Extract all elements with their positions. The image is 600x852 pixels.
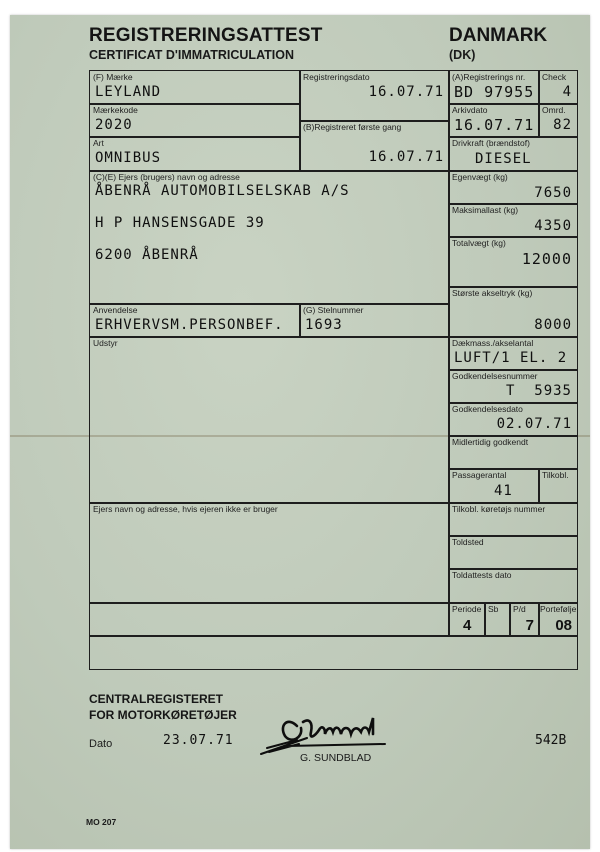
field-godkendelsesdato: Godkendelsesdato 02.07.71 <box>448 402 578 437</box>
form-number: MO 207 <box>86 817 116 827</box>
field-label: (B)Registreret første gang <box>303 122 401 132</box>
field-value: ERHVERVSM.PERSONBEF. <box>95 317 284 333</box>
field-tilkobl-koretojs-nummer: Tilkobl. køretøjs nummer <box>448 502 578 537</box>
field-daekmass: Dækmass./akselantal LUFT/1 EL. 2 <box>448 336 578 371</box>
field-value: BD 97955 <box>454 83 534 101</box>
field-value: 7650 <box>534 185 572 201</box>
owner-city: 6200 ÅBENRÅ <box>95 247 199 263</box>
field-value: 08 <box>555 617 572 634</box>
field-label: (F) Mærke <box>93 72 133 82</box>
field-value: 12000 <box>522 250 572 268</box>
field-label: Ejers navn og adresse, hvis ejeren ikke … <box>93 504 278 514</box>
field-portefolje: Portefølje 08 <box>538 602 578 637</box>
field-value: 4350 <box>534 218 572 234</box>
owner-name: ÅBENRÅ AUTOMOBILSELSKAB A/S <box>95 183 350 199</box>
field-check: Check 4 <box>538 70 578 105</box>
field-anvendelse: Anvendelse ERHVERVSM.PERSONBEF. <box>89 303 301 338</box>
field-periode: Periode 4 <box>448 602 486 637</box>
field-sb: Sb <box>484 602 511 637</box>
field-udstyr: Udstyr <box>89 336 450 504</box>
field-label: Sb <box>488 604 498 614</box>
authority-line-1: CENTRALREGISTERET <box>89 691 237 707</box>
field-value: 02.07.71 <box>497 416 572 432</box>
field-label: Tilkobl. køretøjs nummer <box>452 504 545 514</box>
field-midlertidig: Midlertidig godkendt <box>448 435 578 470</box>
field-omrd: Omrd. 82 <box>538 103 578 138</box>
field-label: P/d <box>513 604 526 614</box>
field-label: Udstyr <box>93 338 118 348</box>
field-egenvaegt: Egenvægt (kg) 7650 <box>448 170 578 205</box>
field-totalvaegt: Totalvægt (kg) 12000 <box>448 236 578 288</box>
blank-row <box>89 602 450 637</box>
issue-date-label: Dato <box>89 738 112 750</box>
field-pd: P/d 7 <box>509 602 540 637</box>
document-title: REGISTRERINGSATTEST <box>89 25 323 47</box>
field-ejers-navn-ikke-bruger: Ejers navn og adresse, hvis ejeren ikke … <box>89 502 450 604</box>
field-label: (A)Registrerings nr. <box>452 72 525 82</box>
field-art: Art OMNIBUS <box>89 136 301 172</box>
document-subtitle: CERTIFICAT D'IMMATRICULATION <box>89 48 294 62</box>
field-label: (G) Stelnummer <box>303 305 363 315</box>
authority-line-2: FOR MOTORKØRETØJER <box>89 707 237 723</box>
field-label: Arkivdato <box>452 105 487 115</box>
field-maerkekode: Mærkekode 2020 <box>89 103 301 138</box>
field-label: Check <box>542 72 566 82</box>
field-label: Drivkraft (brændstof) <box>452 138 530 148</box>
field-value: T 5935 <box>506 383 572 399</box>
field-value: 16.07.71 <box>369 149 444 165</box>
country-name: DANMARK <box>449 25 547 47</box>
field-label: Periode <box>452 604 481 614</box>
field-label: Art <box>93 138 104 148</box>
reference-number: 542B <box>535 733 566 748</box>
field-value: 8000 <box>534 317 572 333</box>
blank-bottom-row <box>89 635 578 670</box>
field-registreringsdato: Registreringsdato 16.07.71 <box>299 70 450 122</box>
field-value: 7 <box>526 617 534 634</box>
field-label: Tilkobl. <box>542 470 569 480</box>
field-label: (C)(E) Ejers (brugers) navn og adresse <box>93 172 240 182</box>
issue-date-value: 23.07.71 <box>163 733 234 748</box>
issuing-authority: CENTRALREGISTERET FOR MOTORKØRETØJER <box>89 691 237 723</box>
field-label: Registreringsdato <box>303 72 370 82</box>
field-label: Dækmass./akselantal <box>452 338 533 348</box>
field-registreret-forste-gang: (B)Registreret første gang 16.07.71 <box>299 120 450 172</box>
field-value: 2020 <box>95 117 133 133</box>
field-label: Totalvægt (kg) <box>452 238 506 248</box>
field-value: DIESEL <box>475 151 532 167</box>
field-value: 82 <box>553 117 572 133</box>
field-value: OMNIBUS <box>95 150 161 166</box>
field-storste-akseltryk: Største akseltryk (kg) 8000 <box>448 286 578 338</box>
field-value: LUFT/1 EL. 2 <box>454 350 567 366</box>
field-label: Omrd. <box>542 105 566 115</box>
field-maksimallast: Maksimallast (kg) 4350 <box>448 203 578 238</box>
field-label: Toldattests dato <box>452 570 512 580</box>
field-ejer: (C)(E) Ejers (brugers) navn og adresse Å… <box>89 170 450 305</box>
field-value: 16.07.71 <box>454 116 534 134</box>
field-label: Godkendelsesnummer <box>452 371 538 381</box>
field-registrerings-nr: (A)Registrerings nr. BD 97955 <box>448 70 540 105</box>
country-code: (DK) <box>449 48 475 62</box>
field-toldattests-dato: Toldattests dato <box>448 568 578 604</box>
field-value: 4 <box>563 84 572 100</box>
field-label: Egenvægt (kg) <box>452 172 508 182</box>
owner-street: H P HANSENSGADE 39 <box>95 215 265 231</box>
field-passagerantal: Passagerantal 41 <box>448 468 540 504</box>
field-value: LEYLAND <box>95 84 161 100</box>
field-label: Største akseltryk (kg) <box>452 288 532 298</box>
field-arkivdato: Arkivdato 16.07.71 <box>448 103 540 138</box>
field-maerke: (F) Mærke LEYLAND <box>89 70 301 105</box>
field-label: Midlertidig godkendt <box>452 437 528 447</box>
field-label: Toldsted <box>452 537 484 547</box>
field-toldsted: Toldsted <box>448 535 578 570</box>
field-value: 1693 <box>305 317 343 333</box>
field-label: Passagerantal <box>452 470 506 480</box>
field-tilkobl: Tilkobl. <box>538 468 578 504</box>
field-value: 41 <box>494 483 513 499</box>
field-label: Portefølje <box>540 604 576 614</box>
field-stelnummer: (G) Stelnummer 1693 <box>299 303 450 338</box>
signatory-name: G. SUNDBLAD <box>300 752 371 764</box>
field-label: Godkendelsesdato <box>452 404 523 414</box>
field-value: 4 <box>463 617 471 634</box>
field-label: Mærkekode <box>93 105 138 115</box>
field-label: Anvendelse <box>93 305 137 315</box>
field-value: 16.07.71 <box>369 84 444 100</box>
field-drivkraft: Drivkraft (brændstof) DIESEL <box>448 136 578 172</box>
field-label: Maksimallast (kg) <box>452 205 518 215</box>
field-godkendelsesnummer: Godkendelsesnummer T 5935 <box>448 369 578 404</box>
